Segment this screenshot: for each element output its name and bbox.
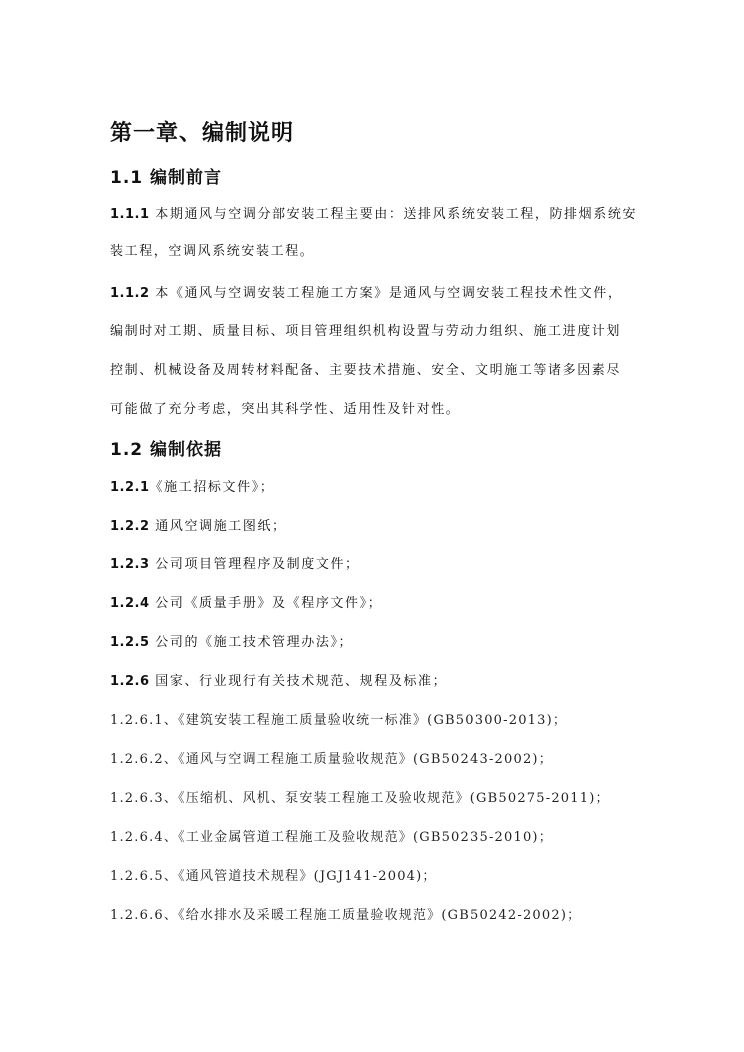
standard-item: 1.2.6.1、《建筑安装工程施工质量验收统一标准》(GB50300-2013)… — [110, 709, 567, 728]
standard-item: 1.2.6.4、《工业金属管道工程施工及验收规范》(GB50235-2010)； — [110, 826, 553, 845]
chapter-title: 第一章、编制说明 — [110, 116, 294, 147]
list-item: 1.2.4 公司《质量手册》及《程序文件》； — [110, 592, 382, 611]
list-item: 1.2.6 国家、行业现行有关技术规范、规程及标准； — [110, 670, 447, 689]
standard-item: 1.2.6.5、《通风管道技术规程》(JGJ141-2004)； — [110, 865, 437, 884]
paragraph-1-1-2-line-4: 可能做了充分考虑，突出其科学性、适用性及针对性。 — [110, 398, 460, 417]
paragraph-1-1-1-line-1: 1.1.1 本期通风与空调分部安装工程主要由：送排风系统安装工程，防排烟系统安 — [110, 203, 637, 222]
paragraph-1-1-2-line-1: 1.1.2 本《通风与空调安装工程施工方案》是通风与空调安装工程技术性文件， — [110, 282, 622, 301]
section-heading-1-2: 1.2 编制依据 — [110, 435, 222, 460]
standard-item: 1.2.6.6、《给水排水及采暖工程施工质量验收规范》(GB50242-2002… — [110, 904, 581, 923]
list-item: 1.2.3 公司项目管理程序及制度文件； — [110, 553, 360, 572]
list-item: 1.2.2 通风空调施工图纸； — [110, 515, 287, 534]
paragraph-1-1-2-line-2: 编制时对工期、质量目标、项目管理组织机构设置与劳动力组织、施工进度计划 — [110, 320, 621, 339]
list-item: 1.2.5 公司的《施工技术管理办法》； — [110, 631, 353, 650]
paragraph-number: 1.1.1 — [110, 207, 150, 222]
standard-item: 1.2.6.3、《压缩机、风机、泵安装工程施工及验收规范》(GB50275-20… — [110, 787, 610, 806]
standard-item: 1.2.6.2、《通风与空调工程施工质量验收规范》(GB50243-2002)； — [110, 748, 553, 767]
paragraph-number: 1.1.2 — [110, 286, 150, 301]
list-item: 1.2.1《施工招标文件》； — [110, 476, 274, 495]
paragraph-1-1-1-line-2: 装工程，空调风系统安装工程。 — [110, 240, 314, 259]
section-heading-1-1: 1.1 编制前言 — [110, 163, 222, 188]
document-page: 第一章、编制说明 1.1 编制前言 1.1.1 本期通风与空调分部安装工程主要由… — [0, 0, 744, 1052]
paragraph-1-1-2-line-3: 控制、机械设备及周转材料配备、主要技术措施、安全、文明施工等诸多因素尽 — [110, 359, 621, 378]
